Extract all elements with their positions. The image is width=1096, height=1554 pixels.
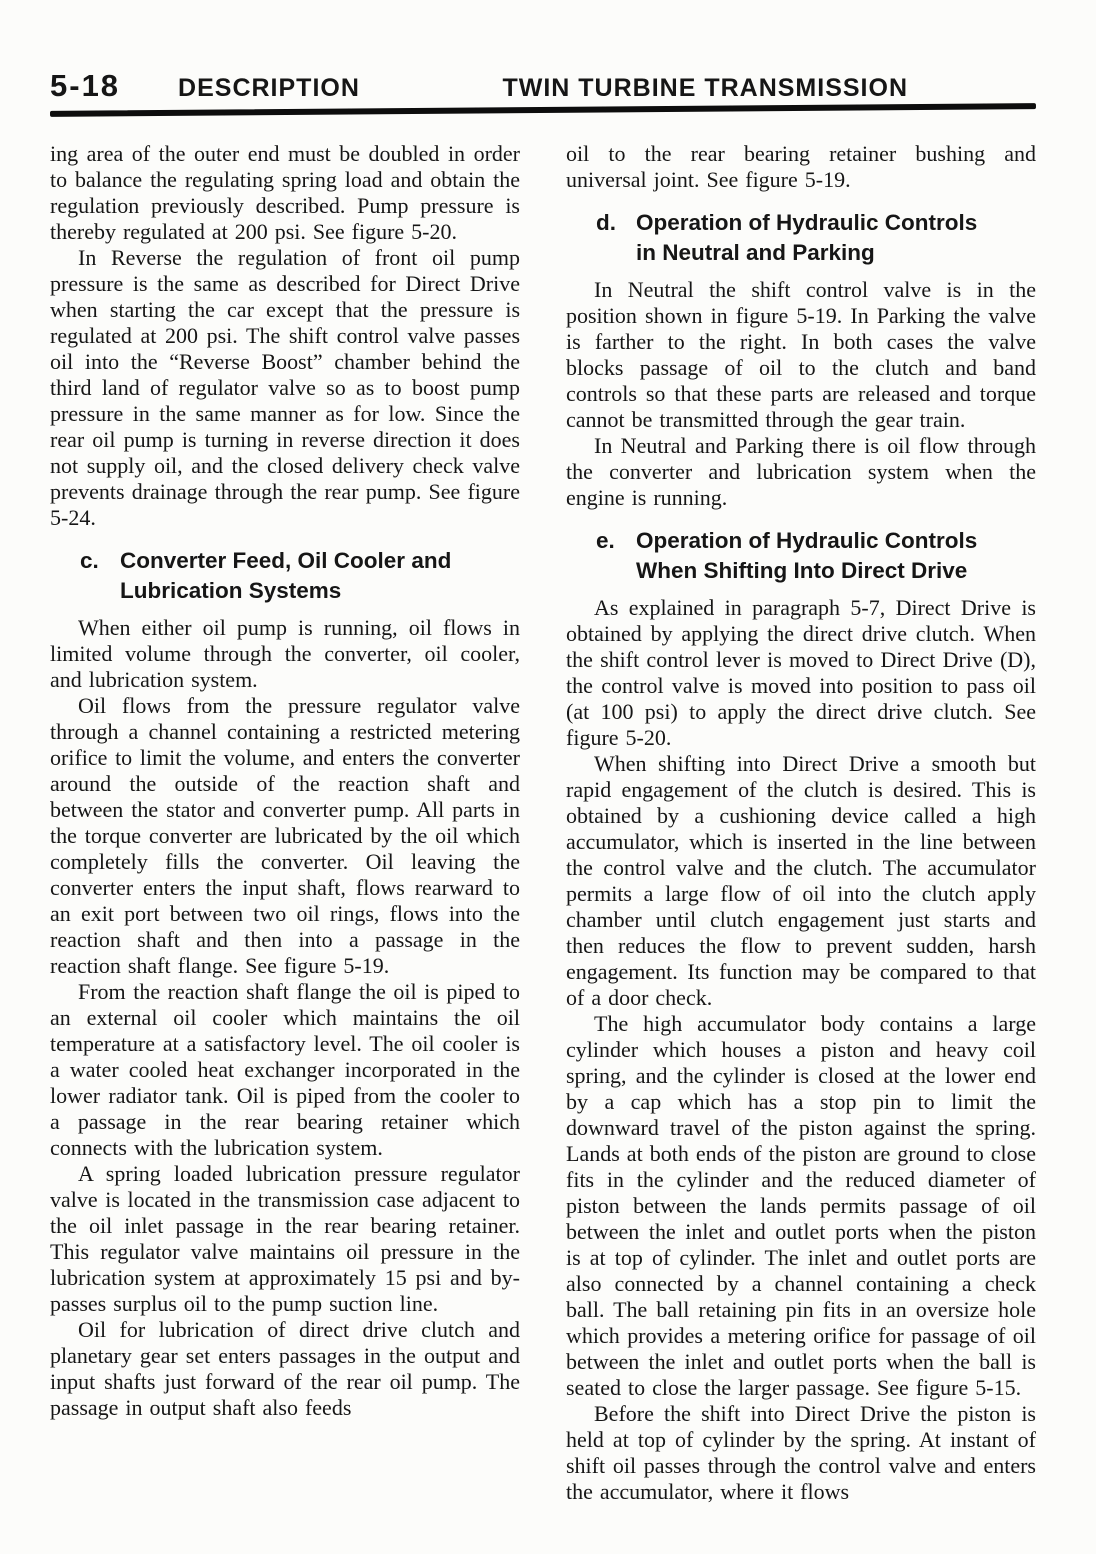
body-paragraph: oil to the rear bearing retainer bushing… bbox=[566, 141, 1036, 193]
page-header: 5-18 DESCRIPTION TWIN TURBINE TRANSMISSI… bbox=[50, 68, 1036, 104]
subsection-label: d. bbox=[596, 208, 636, 268]
body-paragraph: When shifting into Direct Drive a smooth… bbox=[566, 751, 1036, 1011]
manual-page: 5-18 DESCRIPTION TWIN TURBINE TRANSMISSI… bbox=[0, 0, 1096, 1554]
subsection-title: Operation of Hydraulic Controls When Shi… bbox=[636, 526, 1036, 586]
subsection-label: c. bbox=[80, 546, 120, 606]
body-paragraph: From the reaction shaft flange the oil i… bbox=[50, 979, 520, 1161]
body-paragraph: Oil for lubrication of direct drive clut… bbox=[50, 1317, 520, 1421]
subsection-heading-e: e. Operation of Hydraulic Controls When … bbox=[596, 526, 1036, 586]
header-rule bbox=[50, 103, 1036, 117]
section-title: DESCRIPTION bbox=[178, 74, 360, 103]
body-paragraph: The high accumulator body contains a lar… bbox=[566, 1011, 1036, 1401]
body-paragraph: Oil flows from the pressure regulator va… bbox=[50, 693, 520, 979]
subsection-heading-d: d. Operation of Hydraulic Controls in Ne… bbox=[596, 208, 1036, 268]
subsection-title: Converter Feed, Oil Cooler and Lubricati… bbox=[120, 546, 520, 606]
left-column: ing area of the outer end must be double… bbox=[50, 141, 520, 1505]
subsection-title: Operation of Hydraulic Controls in Neutr… bbox=[636, 208, 1036, 268]
body-paragraph: As explained in paragraph 5-7, Direct Dr… bbox=[566, 595, 1036, 751]
subsection-heading-c: c. Converter Feed, Oil Cooler and Lubric… bbox=[80, 546, 520, 606]
body-paragraph: When either oil pump is running, oil flo… bbox=[50, 615, 520, 693]
body-paragraph: In Neutral and Parking there is oil flow… bbox=[566, 433, 1036, 511]
body-paragraph: Before the shift into Direct Drive the p… bbox=[566, 1401, 1036, 1505]
right-column: oil to the rear bearing retainer bushing… bbox=[566, 141, 1036, 1505]
page-number: 5-18 bbox=[50, 68, 120, 104]
two-column-body: ing area of the outer end must be double… bbox=[50, 141, 1036, 1505]
body-paragraph: In Neutral the shift control valve is in… bbox=[566, 277, 1036, 433]
body-paragraph: In Reverse the regulation of front oil p… bbox=[50, 245, 520, 531]
body-paragraph: ing area of the outer end must be double… bbox=[50, 141, 520, 245]
subsection-label: e. bbox=[596, 526, 636, 586]
body-paragraph: A spring loaded lubrication pressure reg… bbox=[50, 1161, 520, 1317]
chapter-title: TWIN TURBINE TRANSMISSION bbox=[502, 74, 908, 103]
